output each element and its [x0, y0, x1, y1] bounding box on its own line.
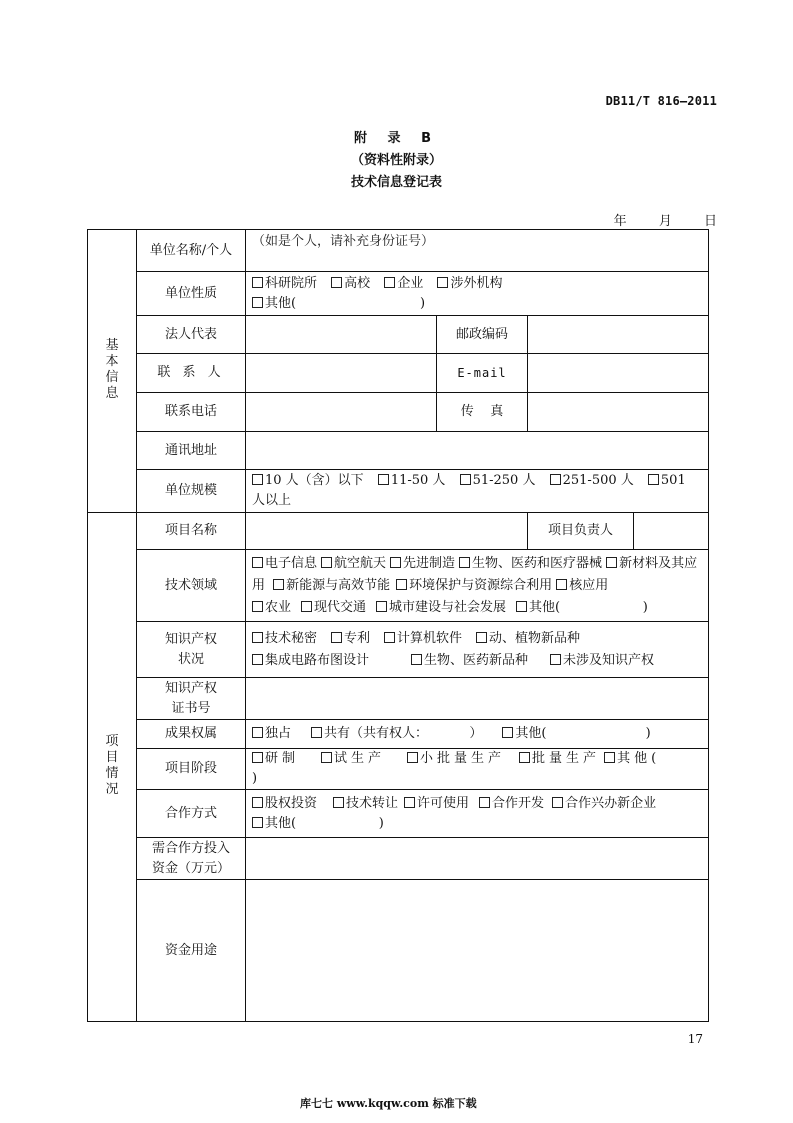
checkbox-option[interactable]: 未涉及知识产权	[550, 653, 654, 668]
checkbox-option[interactable]: 专利	[331, 631, 370, 646]
option-label: 航空航天	[334, 556, 386, 571]
checkbox-option[interactable]: 股权投资	[252, 796, 317, 811]
checkbox-icon[interactable]	[321, 752, 332, 763]
option-label: 集成电路布图设计	[265, 653, 369, 668]
investment-label-line2: 资金（万元）	[152, 861, 230, 876]
checkbox-icon[interactable]	[252, 817, 263, 828]
checkbox-option[interactable]: 科研院所	[252, 276, 317, 291]
address-field[interactable]	[246, 432, 709, 470]
page-number: 17	[688, 1032, 703, 1046]
option-label: 核应用	[569, 578, 608, 593]
checkbox-option[interactable]: 新能源与高效节能	[273, 578, 390, 593]
checkbox-option[interactable]: 51-250 人	[460, 473, 536, 488]
option-label: 合作兴办新企业	[565, 796, 656, 811]
row-address: 通讯地址	[88, 432, 709, 470]
checkbox-icon[interactable]	[390, 557, 401, 568]
option-label: 其他( )	[515, 726, 650, 741]
checkbox-icon[interactable]	[552, 797, 563, 808]
row-fund-use: 资金用途	[88, 880, 709, 1022]
option-label: 股权投资	[265, 796, 317, 811]
checkbox-option[interactable]: 涉外机构	[437, 276, 502, 291]
option-label: 技术转让	[346, 796, 398, 811]
option-label: 合作开发	[492, 796, 544, 811]
row-unit-nature: 单位性质 科研院所 高校 企业 涉外机构 其他( )	[88, 272, 709, 316]
checkbox-icon[interactable]	[331, 632, 342, 643]
row-stage: 项目阶段 研制试生产小批量生产批量生产其他( )	[88, 749, 709, 790]
appendix-type: （资料性附录）	[0, 150, 793, 172]
row-phone: 联系电话 传 真	[88, 393, 709, 432]
checkbox-option[interactable]: 批量生产	[519, 751, 600, 766]
ip-status-options: 技术秘密专利计算机软件动、植物新品种 集成电路布图设计生物、医药新品种未涉及知识…	[246, 622, 709, 678]
option-label: 其他( )	[265, 296, 425, 311]
watermark: 库七七 www.kqqw.com 标准下载	[300, 1095, 477, 1111]
email-label: E-mail	[437, 354, 528, 393]
checkbox-icon[interactable]	[648, 474, 659, 485]
checkbox-icon[interactable]	[550, 474, 561, 485]
checkbox-icon[interactable]	[479, 797, 490, 808]
option-label: 10 人（含）以下	[265, 473, 364, 488]
unit-nature-label: 单位性质	[137, 272, 246, 316]
checkbox-option[interactable]: 独占	[252, 726, 291, 741]
checkbox-icon[interactable]	[378, 474, 389, 485]
date-year: 年	[614, 214, 627, 229]
option-label: 专利	[344, 631, 370, 646]
standard-code: DB11/T 816—2011	[606, 94, 717, 108]
option-label: 生物、医药新品种	[424, 653, 528, 668]
option-label: 计算机软件	[397, 631, 462, 646]
checkbox-option[interactable]: 技术秘密	[252, 631, 317, 646]
option-label: 电子信息	[265, 556, 317, 571]
phone-field[interactable]	[246, 393, 437, 432]
checkbox-option[interactable]: 许可使用	[404, 796, 469, 811]
checkbox-option[interactable]: 环境保护与资源综合利用	[396, 578, 552, 593]
option-label: 高校	[344, 276, 370, 291]
checkbox-icon[interactable]	[252, 277, 263, 288]
checkbox-option[interactable]: 生物、医药新品种	[411, 653, 528, 668]
investment-label: 需合作方投入 资金（万元）	[137, 838, 246, 880]
checkbox-icon[interactable]	[411, 654, 422, 665]
option-label: 其他( )	[265, 816, 384, 831]
fund-use-label: 资金用途	[137, 880, 246, 1022]
fund-use-field[interactable]	[246, 880, 709, 1022]
checkbox-icon[interactable]	[376, 601, 387, 612]
checkbox-icon[interactable]	[252, 557, 263, 568]
tech-field-options: 电子信息航空航天先进制造生物、医药和医疗器械新材料及其应用 新能源与高效节能环境…	[246, 550, 709, 622]
email-field[interactable]	[528, 354, 709, 393]
option-label: 11-50 人	[391, 473, 446, 488]
option-label: 共有（共有权人： ）	[324, 726, 482, 741]
investment-label-line1: 需合作方投入	[152, 841, 230, 856]
option-label: 先进制造	[403, 556, 455, 571]
option-label: 科研院所	[265, 276, 317, 291]
stage-options: 研制试生产小批量生产批量生产其他( )	[246, 749, 709, 790]
checkbox-option[interactable]: 电子信息	[252, 556, 317, 571]
row-tech-field: 技术领域 电子信息航空航天先进制造生物、医药和医疗器械新材料及其应用 新能源与高…	[88, 550, 709, 622]
checkbox-icon[interactable]	[301, 601, 312, 612]
ip-cert-field[interactable]	[246, 678, 709, 720]
row-ownership: 成果权属 独占共有（共有权人： ）其他( )	[88, 720, 709, 749]
cooperation-label: 合作方式	[137, 790, 246, 838]
ownership-options: 独占共有（共有权人： ）其他( )	[246, 720, 709, 749]
unit-name-field[interactable]: （如是个人，请补充身份证号）	[246, 230, 709, 272]
row-investment: 需合作方投入 资金（万元）	[88, 838, 709, 880]
checkbox-icon[interactable]	[502, 727, 513, 738]
row-project-name: 项目情况 项目名称 项目负责人	[88, 513, 709, 550]
registration-table: 基本信息 单位名称/个人 （如是个人，请补充身份证号） 单位性质 科研院所 高校…	[87, 229, 709, 1022]
checkbox-icon[interactable]	[606, 557, 617, 568]
checkbox-icon[interactable]	[519, 752, 530, 763]
tech-field-label: 技术领域	[137, 550, 246, 622]
checkbox-icon[interactable]	[476, 632, 487, 643]
option-label: 涉外机构	[450, 276, 502, 291]
checkbox-icon[interactable]	[396, 579, 407, 590]
checkbox-icon[interactable]	[252, 797, 263, 808]
checkbox-option[interactable]: 核应用	[556, 578, 608, 593]
stage-label: 项目阶段	[137, 749, 246, 790]
ip-cert-label-line1: 知识产权	[165, 681, 217, 696]
form-title: 技术信息登记表	[0, 172, 793, 194]
checkbox-option[interactable]: 11-50 人	[378, 473, 446, 488]
option-label: 其他( )	[529, 600, 648, 615]
option-label: 研制	[265, 751, 299, 766]
option-label: 试生产	[334, 751, 385, 766]
unit-nature-options: 科研院所 高校 企业 涉外机构 其他( )	[246, 272, 709, 316]
checkbox-option[interactable]: 动、植物新品种	[476, 631, 580, 646]
checkbox-option[interactable]: 高校	[331, 276, 370, 291]
section-project: 项目情况	[88, 513, 137, 1022]
appendix-title: 附 录 B	[0, 128, 793, 150]
option-label: 251-500 人	[563, 473, 634, 488]
row-ip-cert: 知识产权 证书号	[88, 678, 709, 720]
checkbox-icon[interactable]	[384, 632, 395, 643]
contact-label: 联 系 人	[137, 354, 246, 393]
section-basic: 基本信息	[88, 230, 137, 513]
phone-label: 联系电话	[137, 393, 246, 432]
checkbox-option[interactable]: 251-500 人	[550, 473, 634, 488]
row-contact: 联 系 人 E-mail	[88, 354, 709, 393]
legal-rep-field[interactable]	[246, 316, 437, 354]
checkbox-icon[interactable]	[333, 797, 344, 808]
checkbox-option[interactable]: 企业	[384, 276, 423, 291]
title-block: 附 录 B （资料性附录） 技术信息登记表	[0, 128, 793, 194]
checkbox-icon[interactable]	[252, 752, 263, 763]
checkbox-icon[interactable]	[252, 297, 263, 308]
unit-name-label: 单位名称/个人	[137, 230, 246, 272]
option-label: 生物、医药和医疗器械	[472, 556, 602, 571]
postal-code-field[interactable]	[528, 316, 709, 354]
checkbox-option[interactable]: 合作兴办新企业	[552, 796, 656, 811]
fax-label: 传 真	[437, 393, 528, 432]
postal-code-label: 邮政编码	[437, 316, 528, 354]
checkbox-icon[interactable]	[252, 632, 263, 643]
option-label: 城市建设与社会发展	[389, 600, 506, 615]
checkbox-icon[interactable]	[404, 797, 415, 808]
contact-field[interactable]	[246, 354, 437, 393]
checkbox-icon[interactable]	[556, 579, 567, 590]
investment-field[interactable]	[246, 838, 709, 880]
option-label: 新能源与高效节能	[286, 578, 390, 593]
checkbox-option[interactable]: 合作开发	[479, 796, 544, 811]
checkbox-option[interactable]: 技术转让	[333, 796, 398, 811]
checkbox-icon[interactable]	[516, 601, 527, 612]
checkbox-icon[interactable]	[311, 727, 322, 738]
scale-label: 单位规模	[137, 470, 246, 513]
scale-options: 10 人（含）以下 11-50 人 51-250 人 251-500 人 501…	[246, 470, 709, 513]
checkbox-icon[interactable]	[273, 579, 284, 590]
option-label: 独占	[265, 726, 291, 741]
ip-status-label: 知识产权 状况	[137, 622, 246, 678]
date-day: 日	[704, 214, 717, 229]
checkbox-icon[interactable]	[252, 727, 263, 738]
option-label: 现代交通	[314, 600, 366, 615]
row-cooperation: 合作方式 股权投资技术转让许可使用合作开发合作兴办新企业其他( )	[88, 790, 709, 838]
checkbox-option[interactable]: 现代交通	[301, 600, 366, 615]
address-label: 通讯地址	[137, 432, 246, 470]
fax-field[interactable]	[528, 393, 709, 432]
project-leader-field[interactable]	[634, 513, 709, 550]
checkbox-icon[interactable]	[437, 277, 448, 288]
option-label: 许可使用	[417, 796, 469, 811]
checkbox-icon[interactable]	[384, 277, 395, 288]
checkbox-option[interactable]: 共有（共有权人： ）	[311, 726, 482, 741]
legal-rep-label: 法人代表	[137, 316, 246, 354]
checkbox-option[interactable]: 其他( )	[516, 600, 648, 615]
checkbox-option[interactable]: 10 人（含）以下	[252, 473, 364, 488]
checkbox-icon[interactable]	[252, 654, 263, 665]
checkbox-option[interactable]: 其他( )	[502, 726, 650, 741]
checkbox-icon[interactable]	[550, 654, 561, 665]
row-ip-status: 知识产权 状况 技术秘密专利计算机软件动、植物新品种 集成电路布图设计生物、医药…	[88, 622, 709, 678]
date-month: 月	[659, 214, 672, 229]
checkbox-option[interactable]: 研制	[252, 751, 299, 766]
checkbox-option[interactable]: 集成电路布图设计	[252, 653, 369, 668]
ip-status-label-line1: 知识产权	[165, 632, 217, 647]
section-project-label: 项目情况	[105, 734, 119, 798]
checkbox-icon[interactable]	[459, 557, 470, 568]
project-name-label: 项目名称	[137, 513, 246, 550]
checkbox-option[interactable]: 试生产	[321, 751, 385, 766]
ip-cert-label-line2: 证书号	[171, 701, 210, 716]
ownership-label: 成果权属	[137, 720, 246, 749]
row-unit-name: 基本信息 单位名称/个人 （如是个人，请补充身份证号）	[88, 230, 709, 272]
checkbox-option[interactable]: 航空航天	[321, 556, 386, 571]
option-label: 环境保护与资源综合利用	[409, 578, 552, 593]
option-label: 技术秘密	[265, 631, 317, 646]
option-label: 动、植物新品种	[489, 631, 580, 646]
option-label: 企业	[397, 276, 423, 291]
checkbox-icon[interactable]	[331, 277, 342, 288]
checkbox-icon[interactable]	[252, 601, 263, 612]
project-name-field[interactable]	[246, 513, 528, 550]
row-legal-rep: 法人代表 邮政编码	[88, 316, 709, 354]
checkbox-icon[interactable]	[252, 474, 263, 485]
checkbox-option[interactable]: 小批量生产	[407, 751, 505, 766]
checkbox-option[interactable]: 先进制造	[390, 556, 455, 571]
checkbox-option[interactable]: 其他( )	[252, 296, 425, 311]
checkbox-icon[interactable]	[460, 474, 471, 485]
checkbox-option[interactable]: 计算机软件	[384, 631, 462, 646]
checkbox-option[interactable]: 农业	[252, 600, 291, 615]
checkbox-option[interactable]: 生物、医药和医疗器械	[459, 556, 602, 571]
option-label: 未涉及知识产权	[563, 653, 654, 668]
checkbox-option[interactable]: 城市建设与社会发展	[376, 600, 506, 615]
option-label: 批量生产	[532, 751, 600, 766]
row-scale: 单位规模 10 人（含）以下 11-50 人 51-250 人 251-500 …	[88, 470, 709, 513]
option-label: 农业	[265, 600, 291, 615]
option-label: 小批量生产	[420, 751, 505, 766]
checkbox-icon[interactable]	[407, 752, 418, 763]
section-basic-label: 基本信息	[105, 338, 119, 402]
ip-status-label-line2: 状况	[178, 652, 204, 667]
option-label: 51-250 人	[473, 473, 536, 488]
checkbox-icon[interactable]	[604, 752, 615, 763]
cooperation-options: 股权投资技术转让许可使用合作开发合作兴办新企业其他( )	[246, 790, 709, 838]
checkbox-icon[interactable]	[321, 557, 332, 568]
date-line: 年 月 日	[586, 210, 717, 229]
project-leader-label: 项目负责人	[528, 513, 634, 550]
ip-cert-label: 知识产权 证书号	[137, 678, 246, 720]
checkbox-option[interactable]: 其他( )	[252, 816, 384, 831]
